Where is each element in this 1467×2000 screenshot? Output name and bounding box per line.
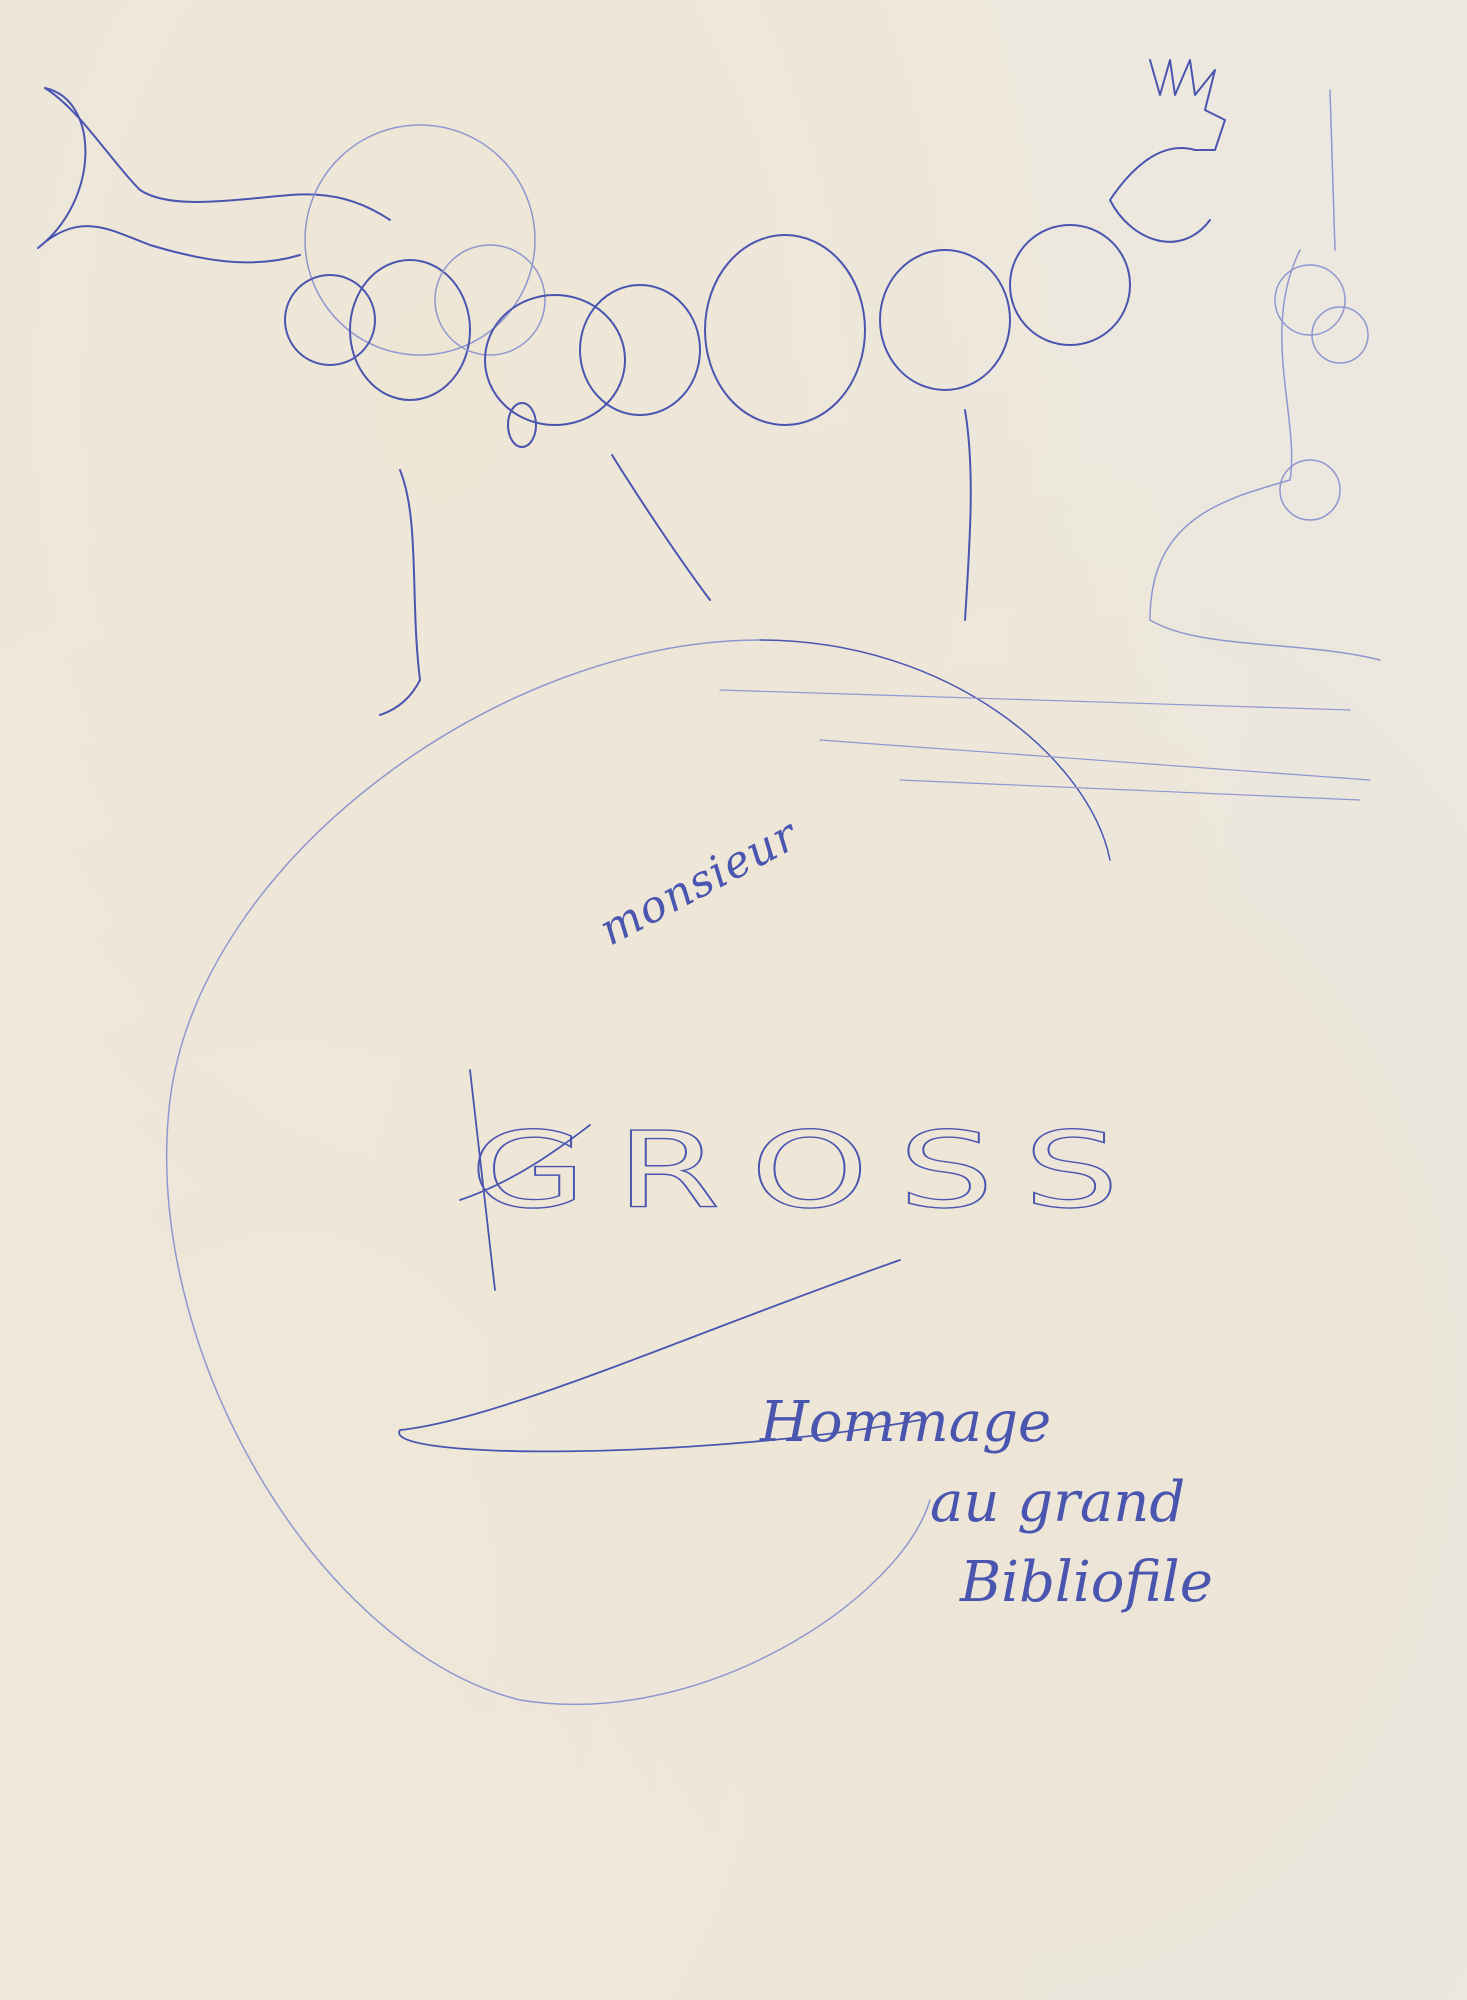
kneeling-figure xyxy=(1150,90,1380,660)
dedication-line-1: Hommage xyxy=(760,1390,1051,1455)
fish-top-left xyxy=(38,88,390,262)
dedication-line-3: Bibliofile xyxy=(960,1550,1213,1615)
recipient-name: GROSS xyxy=(470,1110,1149,1232)
pen-drawing xyxy=(0,0,1467,2000)
rooster-creature xyxy=(1110,60,1225,242)
dedication-line-2: au grand xyxy=(930,1470,1185,1535)
loop-serpent xyxy=(285,125,1130,715)
